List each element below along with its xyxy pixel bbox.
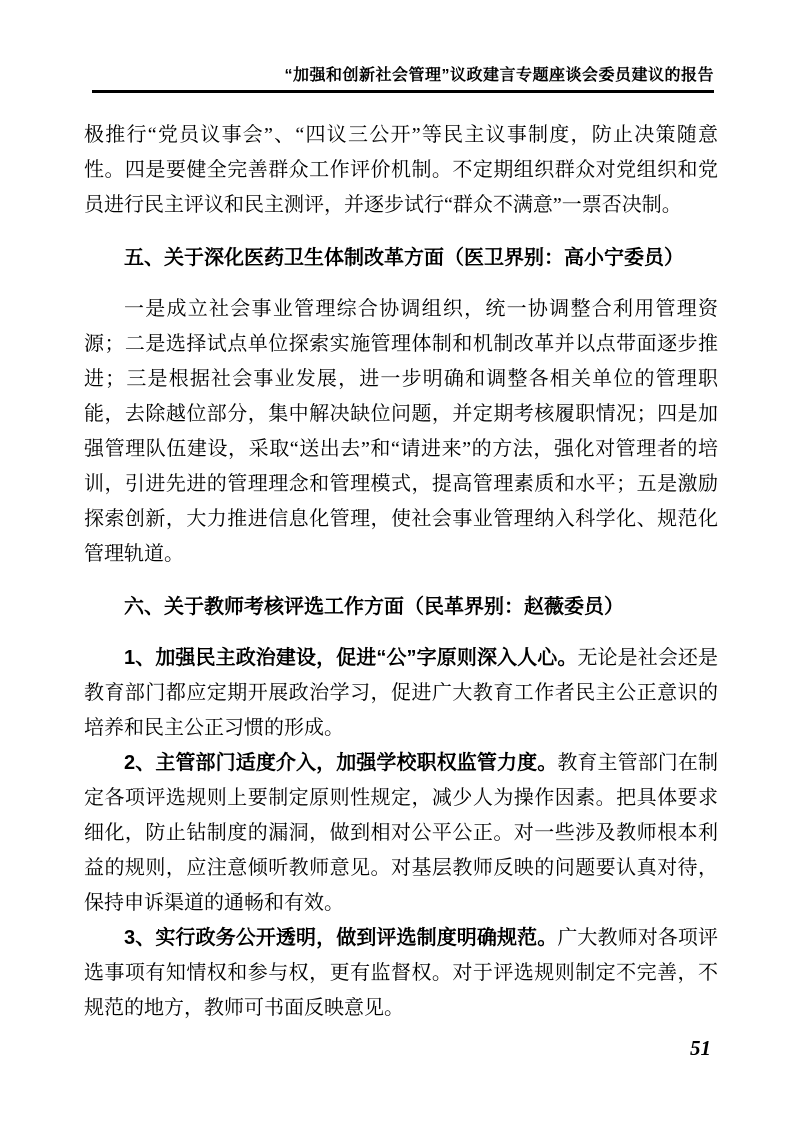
section5-heading: 五、关于深化医药卫生体制改革方面（医卫界别：高小宁委员） <box>84 241 718 276</box>
section6-point-2-lead: 2、主管部门适度介入，加强学校职权监管力度。 <box>124 752 557 774</box>
document-page: “加强和创新社会管理”议政建言专题座谈会委员建议的报告 极推行“党员议事会”、“… <box>0 0 803 1133</box>
page-body: 极推行“党员议事会”、“四议三公开”等民主议事制度，防止决策随意性。四是要健全完… <box>84 118 718 1026</box>
section6-heading: 六、关于教师考核评选工作方面（民革界别：赵薇委员） <box>84 590 718 625</box>
section6-point-3-lead: 3、实行政务公开透明，做到评选制度明确规范。 <box>124 927 557 949</box>
paragraph-continuation: 极推行“党员议事会”、“四议三公开”等民主议事制度，防止决策随意性。四是要健全完… <box>84 118 718 223</box>
section6-point-2-text: 教育主管部门在制定各项评选规则上要制定原则性规定，减少人为操作因素。把具体要求细… <box>84 752 718 914</box>
section6-point-1-lead: 1、加强民主政治建设，促进“公”字原则深入人心。 <box>124 647 577 669</box>
running-header: “加强和创新社会管理”议政建言专题座谈会委员建议的报告 <box>92 62 714 93</box>
section6-point-2: 2、主管部门适度介入，加强学校职权监管力度。教育主管部门在制定各项评选规则上要制… <box>84 746 718 921</box>
page-number: 51 <box>690 1036 711 1061</box>
running-header-title: “加强和创新社会管理”议政建言专题座谈会委员建议的报告 <box>92 62 714 85</box>
section6-point-1: 1、加强民主政治建设，促进“公”字原则深入人心。无论是社会还是教育部门都应定期开… <box>84 641 718 746</box>
section5-paragraph: 一是成立社会事业管理综合协调组织，统一协调整合利用管理资源；二是选择试点单位探索… <box>84 292 718 572</box>
section6-point-3: 3、实行政务公开透明，做到评选制度明确规范。广大教师对各项评选事项有知情权和参与… <box>84 921 718 1026</box>
